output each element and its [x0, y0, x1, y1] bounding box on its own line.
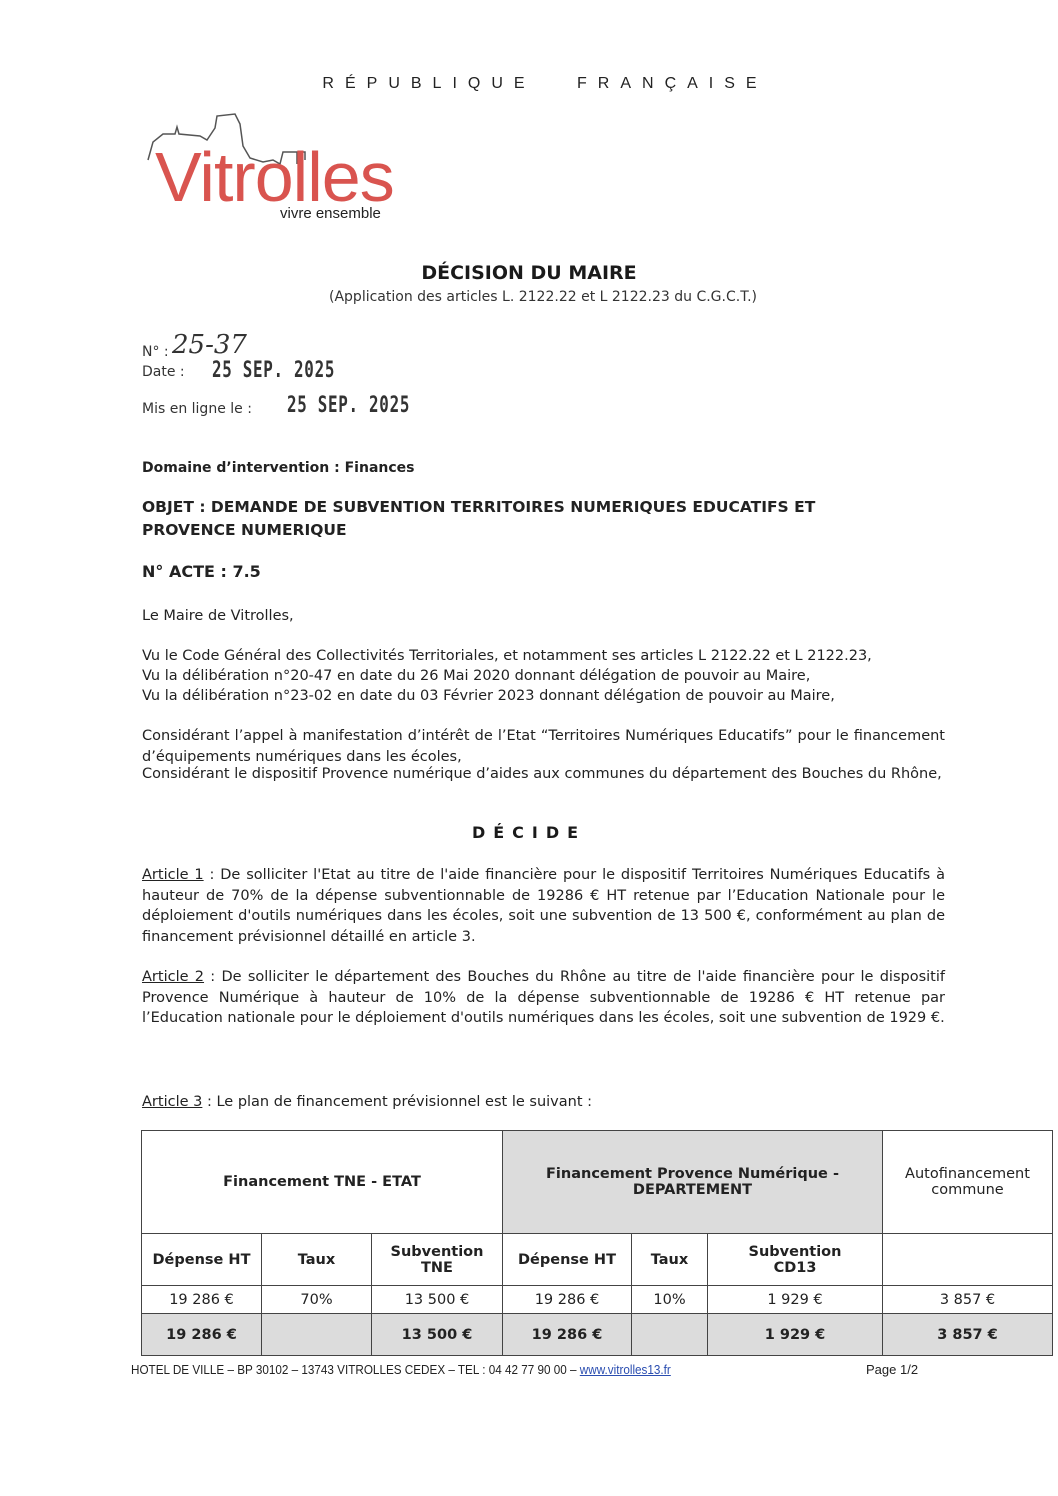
group-tne: Financement TNE - ETAT [142, 1131, 503, 1234]
article-3: Article 3 : Le plan de financement prévi… [142, 1092, 945, 1113]
logo-wordmark: Vitrolles [155, 142, 394, 212]
cell: 19 286 € [503, 1286, 632, 1314]
col-depense-cd13: Dépense HT [503, 1234, 632, 1286]
article-3-text: : Le plan de financement prévisionnel es… [202, 1094, 592, 1110]
table-header-row: Dépense HT Taux Subvention TNE Dépense H… [142, 1234, 1053, 1286]
col-subvention-cd13: Subvention CD13 [708, 1234, 883, 1286]
vu-1: Vu le Code Général des Collectivités Ter… [142, 646, 945, 667]
vu-2: Vu la délibération n°20-47 en date du 26… [142, 666, 945, 687]
website-link[interactable]: www.vitrolles13.fr [580, 1362, 671, 1377]
footer-address: HOTEL DE VILLE – BP 30102 – 13743 VITROL… [131, 1362, 671, 1377]
vu-3: Vu la délibération n°23-02 en date du 03… [142, 686, 945, 707]
article-1-text: : De solliciter l'Etat au titre de l'aid… [142, 867, 945, 945]
intro-line: Le Maire de Vitrolles, [142, 606, 945, 627]
considerant-2: Considérant le dispositif Provence numér… [142, 764, 945, 785]
date-stamp: 25 SEP. 2025 [212, 358, 335, 383]
date-label: Date : [142, 364, 185, 380]
cell: 1 929 € [708, 1286, 883, 1314]
vitrolles-logo: Vitrolles vivre ensemble [145, 112, 425, 230]
total-cell: 3 857 € [883, 1314, 1053, 1356]
financing-table: Financement TNE - ETAT Financement Prove… [141, 1130, 1053, 1356]
cell: 13 500 € [372, 1286, 503, 1314]
article-2-text: : De solliciter le département des Bouch… [142, 969, 945, 1026]
col-taux-tne: Taux [262, 1234, 372, 1286]
total-cell: 13 500 € [372, 1314, 503, 1356]
group-provence: Financement Provence Numérique - DEPARTE… [503, 1131, 883, 1234]
article-1: Article 1 : De solliciter l'Etat au titr… [142, 865, 945, 947]
col-autofinancement [883, 1234, 1053, 1286]
col-taux-cd13: Taux [632, 1234, 708, 1286]
col-depense-tne: Dépense HT [142, 1234, 262, 1286]
republique-francaise-header: RÉPUBLIQUE FRANÇAISE [0, 75, 1058, 93]
page-subtitle: (Application des articles L. 2122.22 et … [0, 289, 1058, 305]
article-3-label: Article 3 [142, 1094, 202, 1110]
total-cell [262, 1314, 372, 1356]
logo-tagline: vivre ensemble [280, 205, 381, 222]
acte-number: N° ACTE : 7.5 [142, 562, 945, 583]
article-2-label: Article 2 [142, 969, 204, 985]
cell: 10% [632, 1286, 708, 1314]
object-line-1: OBJET : DEMANDE DE SUBVENTION TERRITOIRE… [142, 497, 945, 518]
cell: 19 286 € [142, 1286, 262, 1314]
cell: 3 857 € [883, 1286, 1053, 1314]
footer-address-text: HOTEL DE VILLE – BP 30102 – 13743 VITROL… [131, 1362, 577, 1377]
article-2: Article 2 : De solliciter le département… [142, 967, 945, 1029]
article-1-label: Article 1 [142, 867, 204, 883]
decision-number: 25-37 [172, 330, 247, 360]
total-cell: 19 286 € [503, 1314, 632, 1356]
decide-heading: DÉCIDE [0, 823, 1058, 842]
cell: 70% [262, 1286, 372, 1314]
considerant-1: Considérant l’appel à manifestation d’in… [142, 726, 945, 767]
group-autofinancement: Autofinancement commune [883, 1131, 1053, 1234]
page-number: Page 1/2 [866, 1362, 918, 1377]
table-total-row: 19 286 € 13 500 € 19 286 € 1 929 € 3 857… [142, 1314, 1053, 1356]
number-label: N° : [142, 344, 169, 360]
total-cell: 1 929 € [708, 1314, 883, 1356]
object-line-2: PROVENCE NUMERIQUE [142, 520, 945, 541]
online-date-stamp: 25 SEP. 2025 [287, 393, 410, 418]
total-cell [632, 1314, 708, 1356]
domain-line: Domaine d’intervention : Finances [142, 458, 945, 479]
table-group-row: Financement TNE - ETAT Financement Prove… [142, 1131, 1053, 1234]
online-label: Mis en ligne le : [142, 401, 252, 417]
col-subvention-tne: Subvention TNE [372, 1234, 503, 1286]
page-title: DÉCISION DU MAIRE [0, 262, 1058, 284]
table-row: 19 286 € 70% 13 500 € 19 286 € 10% 1 929… [142, 1286, 1053, 1314]
total-cell: 19 286 € [142, 1314, 262, 1356]
